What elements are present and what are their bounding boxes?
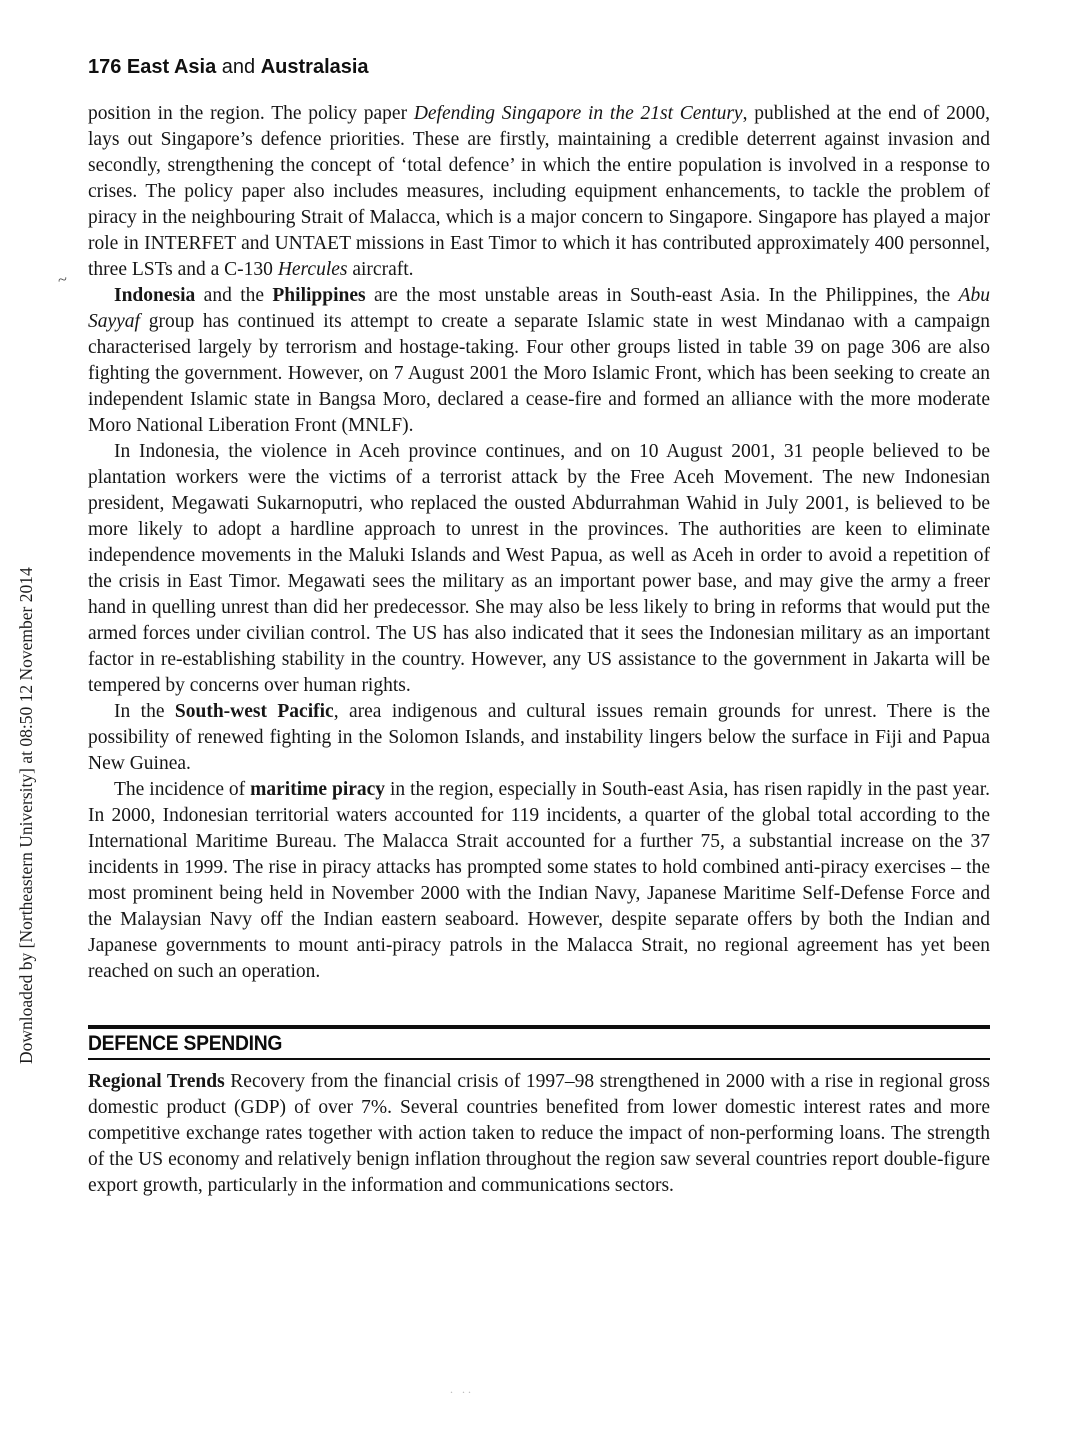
paragraph-south-west-pacific: In the South-west Pacific, area indigeno… bbox=[88, 699, 990, 777]
text-run: Philippines bbox=[272, 285, 365, 306]
text-run: group has continued its attempt to creat… bbox=[88, 311, 990, 436]
text-run: Defending Singapore in the 21st Century bbox=[414, 103, 743, 124]
text-run: aircraft. bbox=[347, 259, 413, 280]
text-run: In Indonesia, the violence in Aceh provi… bbox=[88, 441, 990, 696]
text-run: in the region, especially in South-east … bbox=[88, 779, 990, 982]
paragraph-regional-trends: Regional Trends Recovery from the financ… bbox=[88, 1069, 990, 1199]
text-run: Australasia bbox=[261, 56, 369, 78]
section-heading-block: DEFENCE SPENDING bbox=[88, 1025, 990, 1060]
text-run: position in the region. The policy paper bbox=[88, 103, 414, 124]
section-heading-defence-spending: DEFENCE SPENDING bbox=[88, 1032, 918, 1056]
running-header: 176 East Asia and Australasia bbox=[88, 56, 990, 79]
text-run: and bbox=[216, 56, 260, 78]
text-run: Indonesia bbox=[114, 285, 195, 306]
paragraph-indonesia-philippines: Indonesia and the Philippines are the mo… bbox=[88, 283, 990, 439]
text-run: , published at the end of 2000, lays out… bbox=[88, 103, 990, 280]
text-run: and the bbox=[195, 285, 272, 306]
scan-artifact-dots: . .. bbox=[450, 1382, 474, 1397]
text-run: are the most unstable areas in South-eas… bbox=[366, 285, 959, 306]
text-run: South-west Pacific bbox=[175, 701, 334, 722]
paragraph-singapore-policy: position in the region. The policy paper… bbox=[88, 101, 990, 283]
page-content: 176 East Asia and Australasia position i… bbox=[88, 56, 990, 1199]
text-run: Regional Trends bbox=[88, 1071, 225, 1092]
text-run: Hercules bbox=[278, 259, 348, 280]
text-run: maritime piracy bbox=[250, 779, 385, 800]
download-watermark: Downloaded by [Northeastern University] … bbox=[16, 432, 37, 1064]
paragraph-aceh-violence: In Indonesia, the violence in Aceh provi… bbox=[88, 439, 990, 699]
book-page: Downloaded by [Northeastern University] … bbox=[0, 0, 1075, 1450]
text-run: 176 East Asia bbox=[88, 56, 216, 78]
text-run: The incidence of bbox=[114, 779, 250, 800]
paragraph-maritime-piracy: The incidence of maritime piracy in the … bbox=[88, 777, 990, 985]
margin-pen-mark: ~ bbox=[56, 269, 69, 290]
text-run: In the bbox=[114, 701, 175, 722]
